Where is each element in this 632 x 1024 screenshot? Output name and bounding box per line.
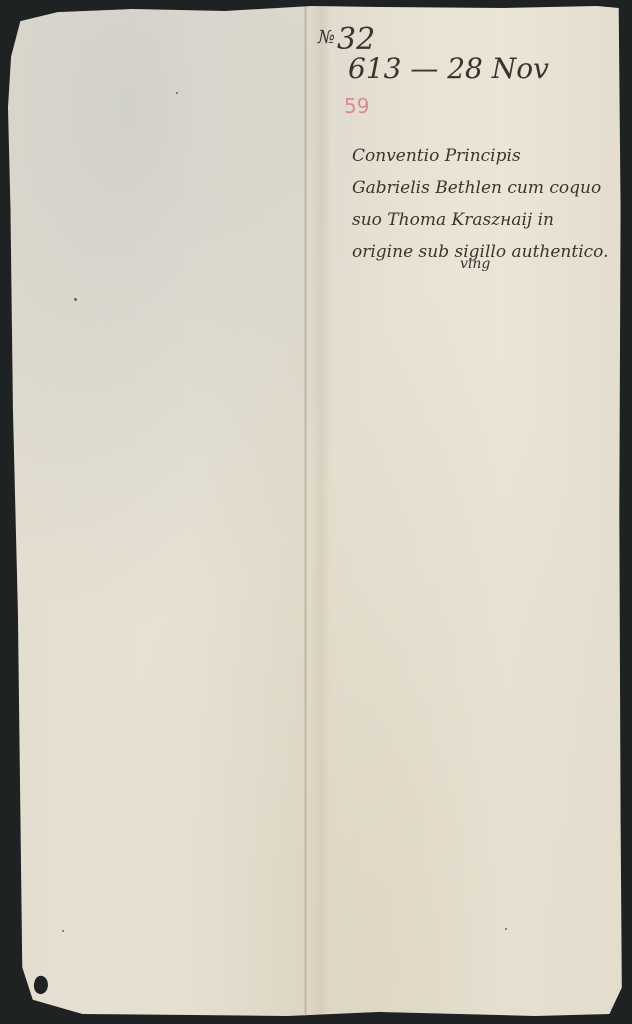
note-line: Conventio Principis <box>352 140 622 172</box>
note-line: suo Thoma Kraszнaij in <box>352 204 622 236</box>
number-sign: № <box>318 27 335 48</box>
latin-note: Conventio Principis Gabrielis Bethlen cu… <box>352 140 622 268</box>
red-pencil-number: 59 <box>344 94 369 118</box>
paper-speck <box>74 298 77 301</box>
center-fold-line <box>304 6 307 1016</box>
date-line: 613 — 28 Nov <box>348 52 549 85</box>
paper-speck <box>505 928 507 930</box>
paper-speck <box>62 930 64 932</box>
note-tail: ving <box>460 256 490 272</box>
paper-speck <box>176 92 178 94</box>
note-line: Gabrielis Bethlen cum coquo <box>352 172 622 204</box>
